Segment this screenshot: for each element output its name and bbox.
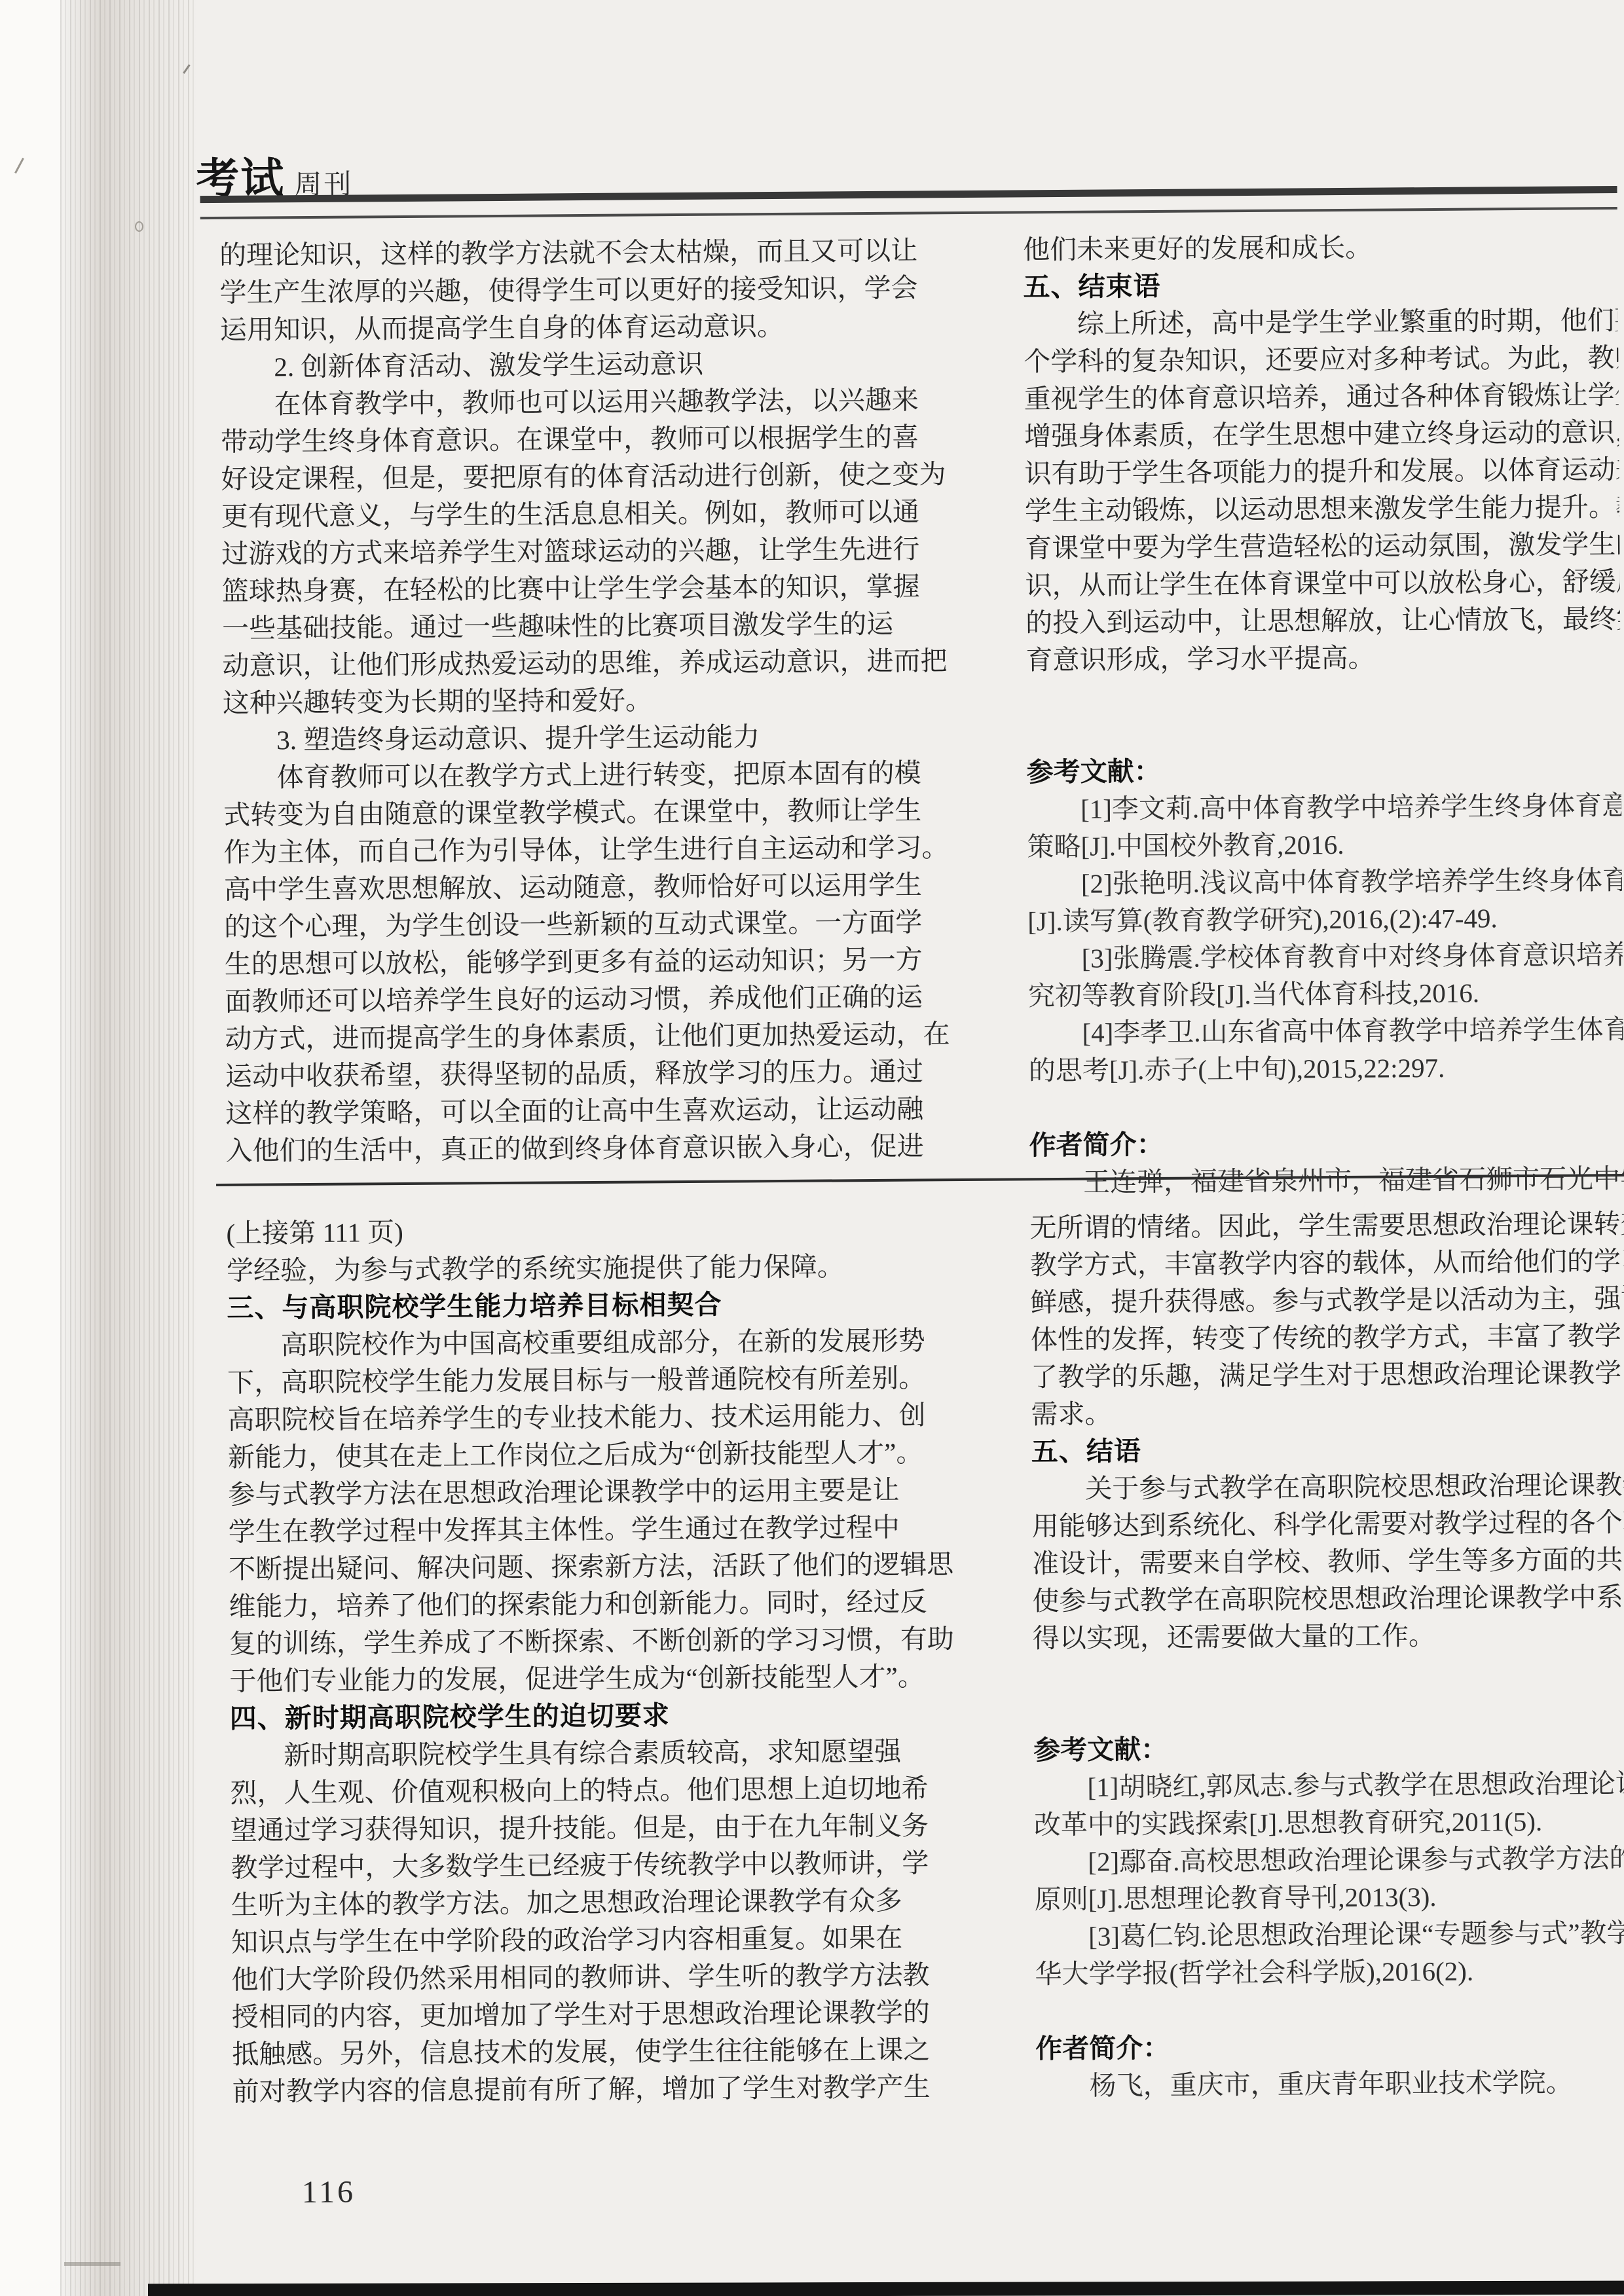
text-line: 动意识，让他们形成热爱运动的思维，养成运动意识，进而把 [222,642,955,685]
text-line: [1]胡晓红,郭凤志.参与式教学在思想政治理论课 [1033,1765,1624,1806]
text-line: 华大学学报(哲学社会科学版),2016(2). [1035,1952,1624,1993]
text-line: 更有现代意义，与学生的生活息息相关。例如，教师可以通 [221,493,955,536]
text-line: 式转变为自由随意的课堂教学模式。在课堂中，教师让学生 [223,792,957,834]
text-line: 究初等教育阶段[J].当代体育科技,2016. [1028,974,1623,1015]
section-heading-line: 参考文献： [1033,1728,1624,1769]
text-line: 运动中收获希望，获得坚韧的品质，释放学习的压力。通过 [225,1053,959,1095]
text-line: 2. 创新体育活动、激发学生运动意识 [220,344,953,386]
text-line: 在体育教学中，教师也可以运用兴趣教学法，以兴趣来 [221,381,954,424]
journal-logo-main: 考试 [196,156,285,200]
text-line: 这样的教学策略，可以全面的让高中生喜欢运动，让运动融 [225,1090,959,1133]
text-line: (上接第 111 页) [226,1210,959,1252]
text-line [1026,675,1621,716]
text-line: 鲜感，提升获得感。参与式教学是以活动为主，强调学 [1030,1280,1624,1321]
continued-article-left-column: (上接第 111 页)学经验，为参与式教学的系统实施提供了能力保障。三、与高职院… [226,1210,966,2111]
section-heading-line: 参考文献： [1027,750,1621,791]
text-line: 入他们的生活中，真正的做到终身体育意识嵌入身心，促进 [226,1127,959,1170]
top-article-left-column: 的理论知识，这样的教学方法就不会太枯燥，而且又可以让学生产生浓厚的兴趣，使得学生… [219,232,959,1170]
text-line: 3. 塑造终身运动意识、提升学生运动能力 [223,717,956,759]
text-line: 育课堂中要为学生营造轻松的运动氛围，激发学生的运 [1025,526,1619,567]
text-line: 的这个心理，为学生创设一些新颖的互动式课堂。一方面学 [224,903,957,946]
text-line [1029,1085,1623,1127]
text-line: 烈，人生观、价值观积极向上的特点。他们思想上迫切地希 [230,1770,963,1812]
text-line: 高职院校作为中国高校重要组成部分，在新的发展形势 [227,1322,961,1364]
continued-article-right-column: 无所谓的情绪。因此，学生需要思想政治理论课转变传教学方式，丰富教学内容的载体，从… [1029,1205,1624,2105]
text-line: 个学科的复杂知识，还要应对多种考试。为此，教师更 [1024,339,1618,380]
text-line: 改革中的实践探索[J].思想教育研究,2011(5). [1034,1802,1624,1844]
section-heading-line: 作者简介： [1035,2026,1624,2068]
text-line: 体育教师可以在教学方式上进行转变，把原本固有的模 [223,754,957,797]
text-line: 生听为主体的教学方法。加之思想政治理论课教学有众多 [231,1882,965,1924]
text-line: 准设计，需要来自学校、教师、学生等多方面的共同努力 [1032,1541,1624,1582]
printed-sheet: 考试 周刊 的理论知识，这样的教学方法就不会太枯燥，而且又可以让学生产生浓厚的兴… [0,0,1624,2296]
text-line: 学生在教学过程中发挥其主体性。学生通过在教学过程中 [229,1508,962,1551]
text-line: [3]张腾震.学校体育教育中对终身体育意识培养 [1027,936,1622,977]
text-line: [2]张艳明.浅议高中体育教学培养学生终身体育 [1027,862,1622,903]
text-line: 他们未来更好的发展和成长。 [1023,227,1617,268]
text-line: 知识点与学生在中学阶段的政治学习内容相重复。如果在 [231,1919,965,1961]
scanned-journal-page: { "masthead": { "logo_main": "考试", "logo… [0,0,1624,2296]
text-line: 这种兴趣转变为长期的坚持和爱好。 [223,680,956,722]
text-line: 一些基础技能。通过一些趣味性的比赛项目激发学生的运 [222,605,955,647]
text-line: 体性的发挥，转变了传统的教学方式，丰富了教学内容， [1031,1317,1624,1358]
section-heading-line: 五、结语 [1031,1429,1624,1470]
text-line: 综上所述，高中是学生学业繁重的时期，他们要面 [1024,302,1618,343]
text-line: 学生产生浓厚的兴趣，使得学生可以更好的接受知识，学会 [219,269,953,312]
text-line [1033,1653,1624,1694]
scan-bottom-edge [148,2281,1624,2296]
text-line: 的投入到运动中，让思想解放，让心情放飞，最终实现学 [1025,600,1620,642]
text-line: 前对教学内容的信息提前有所了解，增加了学生对教学产生 [232,2068,966,2111]
text-line [1026,712,1621,754]
text-line: 重视学生的体育意识培养，通过各种体育锻炼让学生更 [1024,376,1619,418]
text-line: [J].读写算(教育教学研究),2016,(2):47-49. [1027,899,1622,940]
masthead-rule-thin [200,207,1617,219]
text-line: 识，从而让学生在体育课堂中可以放松身心，舒缓压力， [1025,563,1620,604]
text-line: 高中学生喜欢思想解放、运动随意，教师恰好可以运用学生 [224,866,957,909]
text-line: 好设定课程，但是，要把原有的体育活动进行创新，使之变为 [221,456,954,498]
section-heading-line: 四、新时期高职院校学生的迫切要求 [230,1695,963,1738]
text-line: [1]李文莉.高中体育教学中培养学生终身体育意 [1027,787,1621,828]
text-line: 教学过程中，大多数学生已经疲于传统教学中以教师讲，学 [231,1844,964,1887]
text-line: [4]李孝卫.山东省高中体育教学中培养学生体育 [1028,1011,1623,1052]
text-line: 面教师还可以培养学生良好的运动习惯，养成他们正确的运 [225,978,958,1021]
section-heading-line: 三、与高职院校学生能力培养目标相契合 [227,1285,960,1327]
page-number: 116 [302,2174,356,2211]
text-line: 复的训练，学生养成了不断探索、不断创新的学习习惯，有助 [229,1620,963,1663]
text-line: 杨飞，重庆市，重庆青年职业技术学院。 [1036,2064,1624,2105]
text-line: 他们大学阶段仍然采用相同的教师讲、学生听的教学方法教 [231,1956,965,1999]
text-line: 的理论知识，这样的教学方法就不会太枯燥，而且又可以让 [219,232,953,274]
text-line: 育意识形成，学习水平提高。 [1025,638,1620,679]
text-line: 动方式，进而提高学生的身体素质，让他们更加热爱运动，在 [225,1015,958,1058]
text-line: 无所谓的情绪。因此，学生需要思想政治理论课转变传 [1029,1205,1624,1247]
text-line: 新时期高职院校学生具有综合素质较高，求知愿望强 [230,1732,963,1775]
text-line: 增强身体素质，在学生思想中建立终身运动的意识，这 [1024,414,1619,455]
text-line: 使参与式教学在高职院校思想政治理论课教学中系统 [1032,1578,1624,1620]
text-line: 学经验，为参与式教学的系统实施提供了能力保障。 [227,1247,960,1290]
masthead-rule-thick [200,186,1617,203]
text-line: 于他们专业能力的发展，促进学生成为“创新技能型人才”。 [229,1658,963,1700]
text-line: 参与式教学方法在思想政治理论课教学中的运用主要是让 [228,1471,961,1514]
text-line: 下，高职院校学生能力发展目标与一般普通院校有所差别。 [227,1359,961,1402]
text-line: 用能够达到系统化、科学化需要对教学过程的各个环节 [1032,1504,1624,1545]
text-line: 学生主动锻炼，以运动思想来激发学生能力提升。教师 [1025,488,1619,530]
text-line: [2]鄢奋.高校思想政治理论课参与式教学方法的 [1034,1840,1624,1881]
text-line: 篮球热身赛，在轻松的比赛中让学生学会基本的知识，掌握 [222,568,955,610]
section-heading-line: 五、结束语 [1023,264,1617,306]
text-line [1035,1989,1624,2030]
text-line: 了教学的乐趣，满足学生对于思想政治理论课教学 [1031,1355,1624,1396]
text-line: 带动学生终身体育意识。在课堂中，教师可以根据学生的喜 [221,418,954,461]
text-line: 维能力，培养了他们的探索能力和创新能力。同时，经过反 [229,1583,962,1626]
text-line: 关于参与式教学在高职院校思想政治理论课教学 [1031,1467,1624,1508]
text-line: 作为主体，而自己作为引导体，让学生进行自主运动和学习。 [223,829,957,871]
text-line: 策略[J].中国校外教育,2016. [1027,824,1621,866]
text-line: 需求。 [1031,1392,1624,1433]
text-line [1033,1690,1624,1732]
text-line: 运用知识，从而提高学生自身的体育运动意识。 [220,306,953,349]
text-line: 识有助于学生各项能力的提升和发展。以体育运动来 [1024,451,1619,492]
section-heading-line: 作者简介： [1029,1123,1623,1164]
text-line: 生的思想可以放松，能够学到更多有益的运动知识；另一方 [225,941,958,983]
text-line: 授相同的内容，更加增加了学生对于思想政治理论课教学的 [232,1994,965,2036]
scan-edge-dash [64,2262,120,2266]
text-line: [3]葛仁钧.论思想政治理论课“专题参与式”教学[ [1035,1914,1624,1956]
top-article-right-column: 他们未来更好的发展和成长。五、结束语 综上所述，高中是学生学业繁重的时期，他们要… [1023,227,1624,1201]
text-line: 高职院校旨在培养学生的专业技术能力、技术运用能力、创 [227,1396,961,1439]
text-line: 得以实现，还需要做大量的工作。 [1033,1616,1624,1657]
text-line: 新能力，使其在走上工作岗位之后成为“创新技能型人才”。 [228,1434,961,1476]
text-line: 不断提出疑问、解决问题、探索新方法，活跃了他们的逻辑思 [229,1546,962,1588]
text-line: 抵触感。另外，信息技术的发展，使学生往往能够在上课之 [232,2031,965,2073]
text-line: 的思考[J].赤子(上中旬),2015,22:297. [1029,1048,1623,1089]
text-line: 望通过学习获得知识，提升技能。但是，由于在九年制义务 [231,1807,964,1850]
text-line: 教学方式，丰富教学内容的载体，从而给他们的学习带 [1030,1243,1624,1284]
text-line: 原则[J].思想理论教育导刊,2013(3). [1035,1877,1624,1918]
journal-masthead: 考试 周刊 [196,151,354,201]
text-line: 过游戏的方式来培养学生对篮球运动的兴趣，让学生先进行 [221,530,955,573]
text-line: 王连弹，福建省泉州市，福建省石狮市石光中学。 [1029,1160,1624,1201]
